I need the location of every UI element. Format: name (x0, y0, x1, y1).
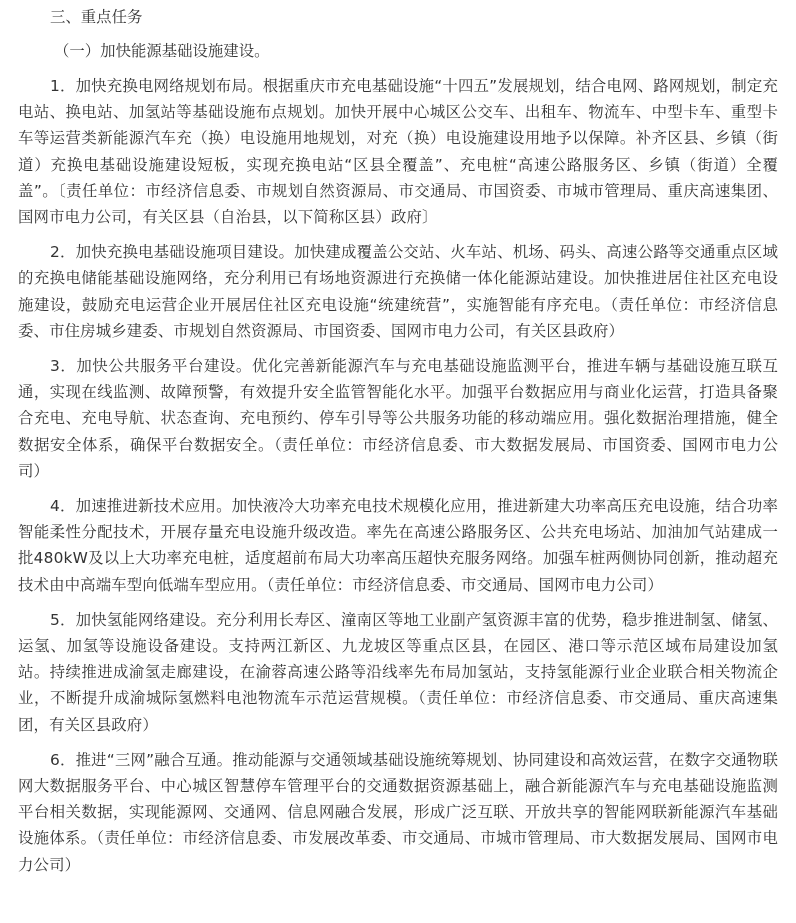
paragraph-4: 4．加速推进新技术应用。加快液冷大功率充电技术规模化应用，推进新建大功率高压充电… (18, 493, 778, 598)
paragraph-1: 1．加快充换电网络规划布局。根据重庆市充电基础设施“十四五”发展规划，结合电网、… (18, 73, 778, 230)
paragraph-5: 5．加快氢能网络建设。充分利用长寿区、潼南区等地工业副产氢资源丰富的优势，稳步推… (18, 607, 778, 738)
paragraph-6: 6．推进“三网”融合互通。推动能源与交通领域基础设施统筹规划、协同建设和高效运营… (18, 747, 778, 878)
document-body: 三、重点任务 （一）加快能源基础设施建设。 1．加快充换电网络规划布局。根据重庆… (18, 4, 778, 878)
subsection-heading: （一）加快能源基础设施建设。 (18, 38, 778, 64)
section-heading: 三、重点任务 (18, 4, 778, 30)
paragraph-2: 2．加快充换电基础设施项目建设。加快建成覆盖公交站、火车站、机场、码头、高速公路… (18, 239, 778, 344)
paragraph-3: 3．加快公共服务平台建设。优化完善新能源汽车与充电基础设施监测平台，推进车辆与基… (18, 353, 778, 484)
